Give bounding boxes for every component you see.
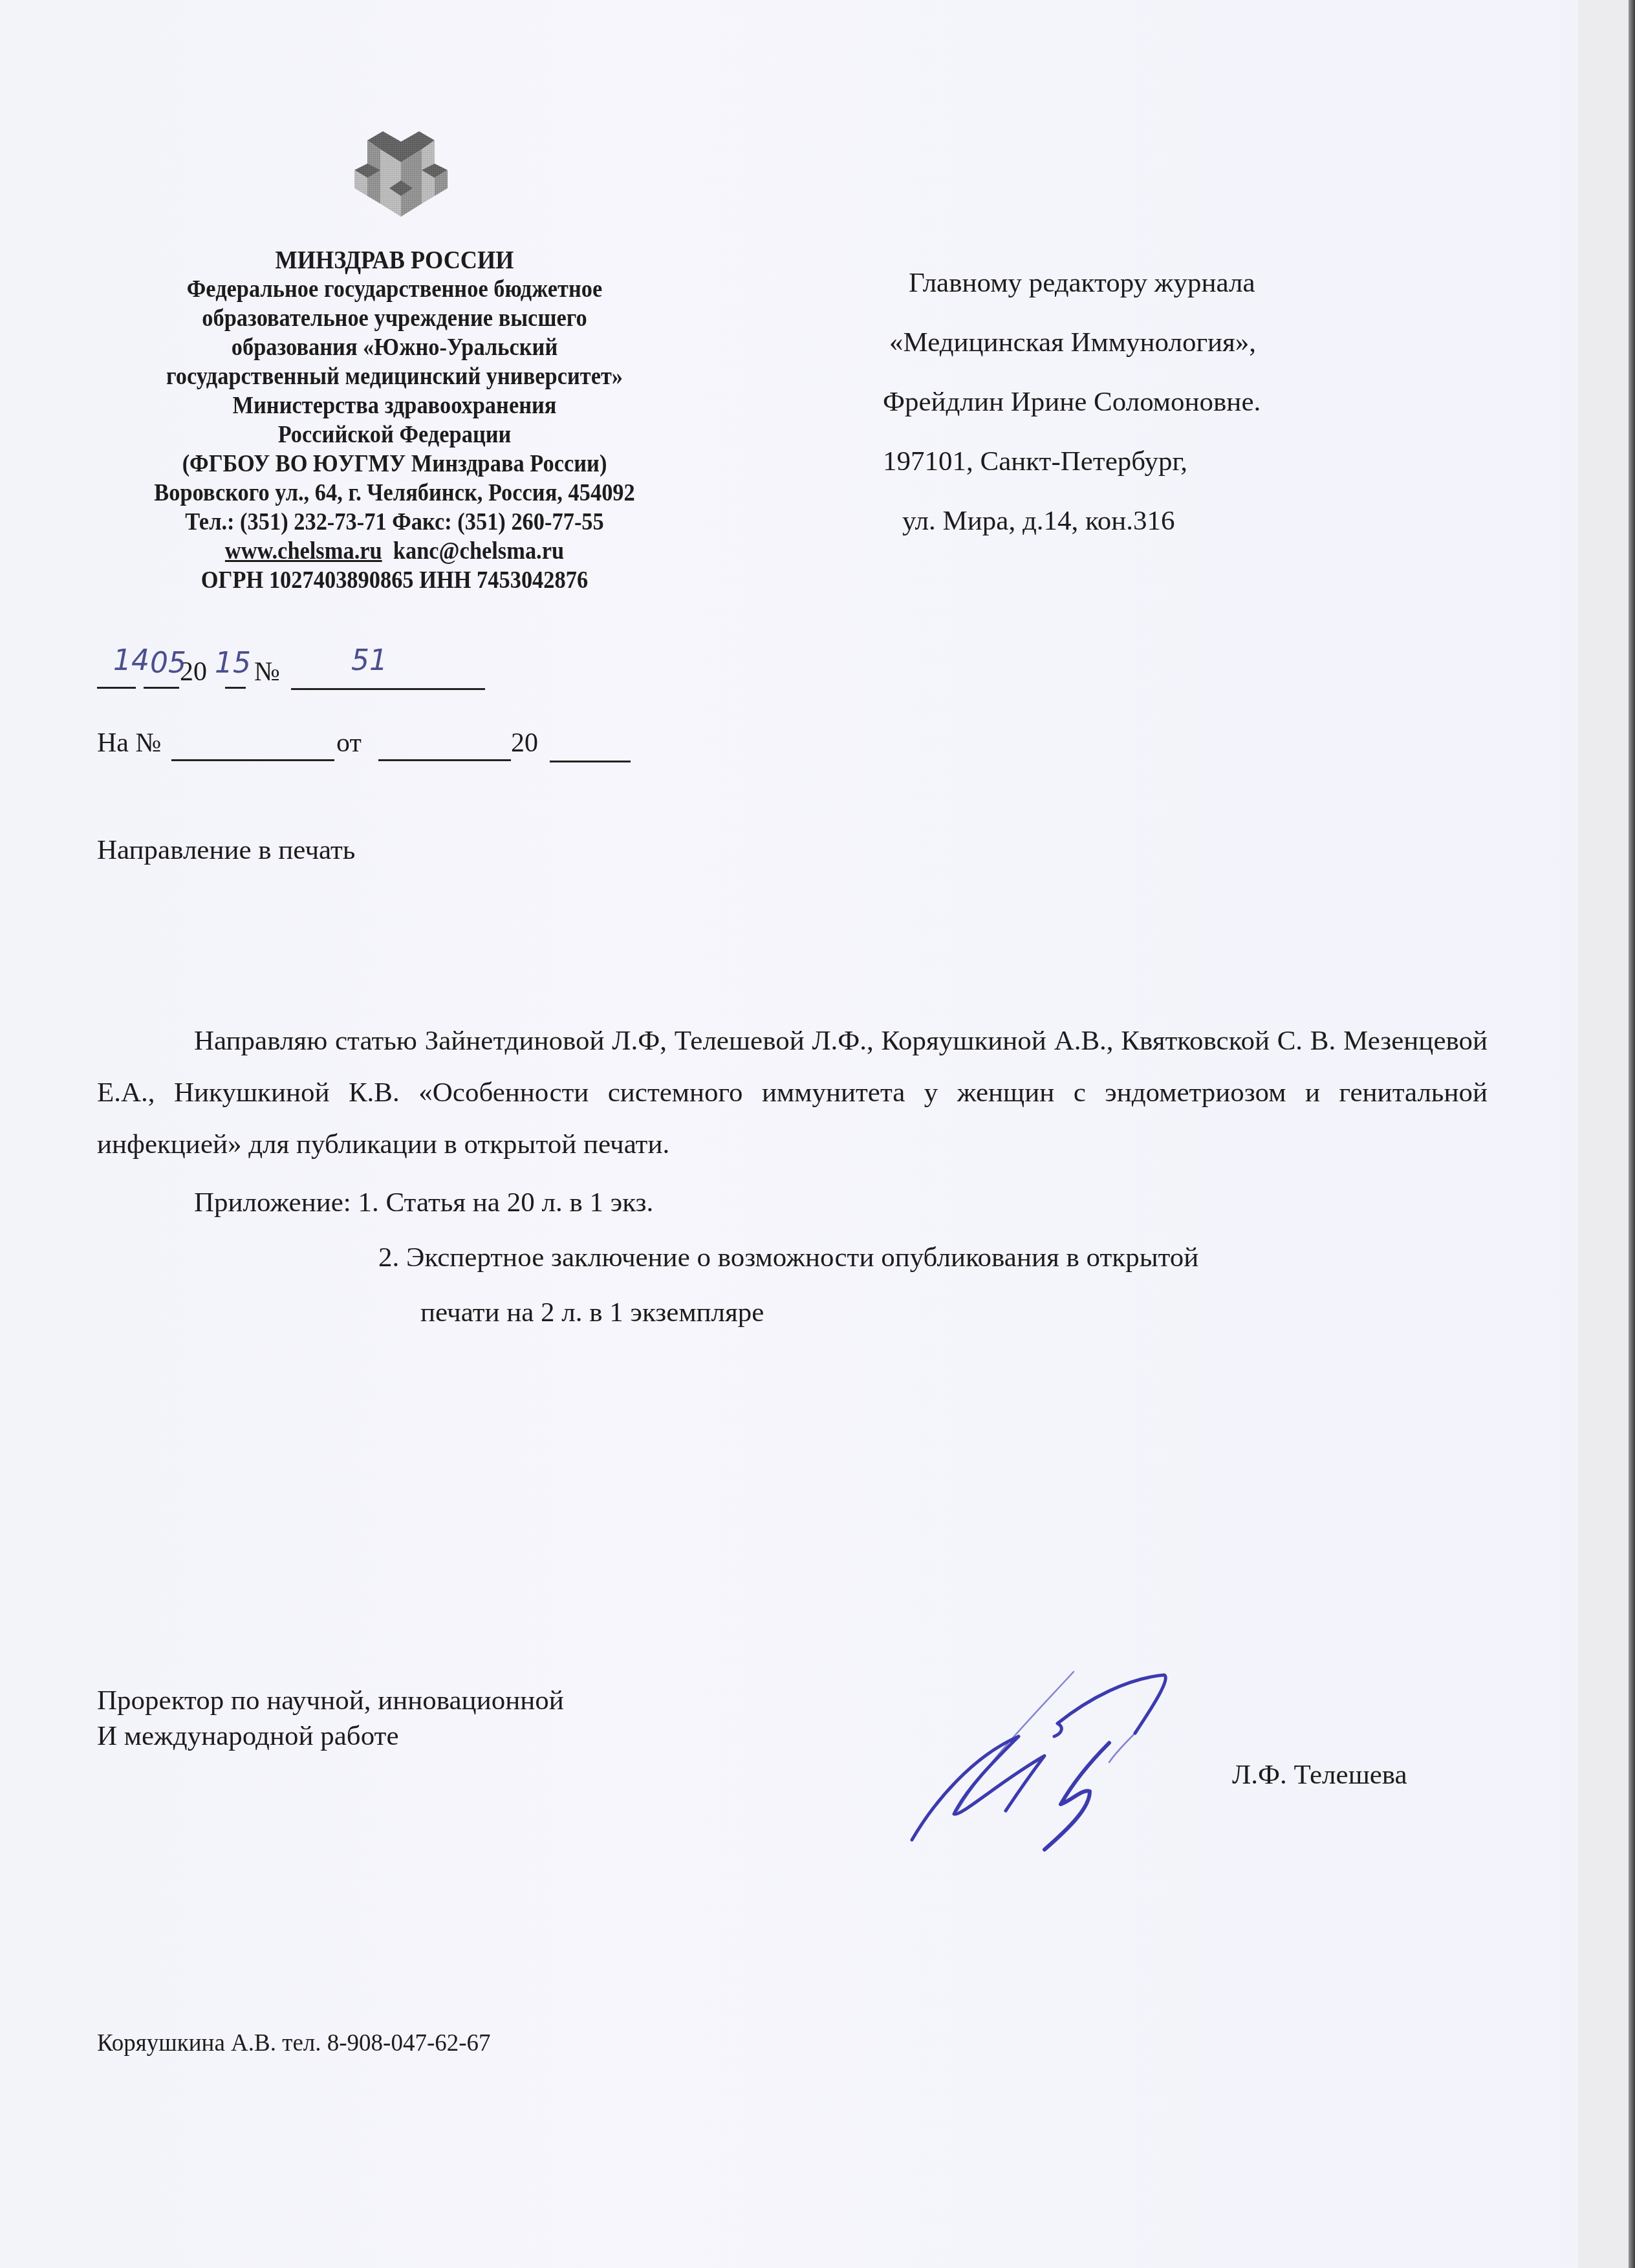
- handwritten-number: 51: [351, 644, 387, 677]
- recipient-line: Фрейдлин Ирине Соломоновне.: [883, 373, 1261, 432]
- attachment-item: 1. Статья на 20 л. в 1 экз.: [358, 1187, 654, 1218]
- institution-line: Федеральное государственное бюджетное: [106, 275, 684, 304]
- scanner-edge: [1629, 0, 1635, 2268]
- handwritten-month: 05: [150, 647, 186, 680]
- reference-prefix: На №: [97, 728, 162, 759]
- subject-line: Направление в печать: [97, 834, 355, 866]
- handwritten-signature-icon: [896, 1665, 1200, 1859]
- contact-person: Коряушкина А.В. тел. 8-908-047-62-67: [97, 2029, 491, 2057]
- body-paragraph: Направляю статью Зайнетдиновой Л.Ф, Теле…: [97, 1015, 1488, 1171]
- institution-line: образовательное учреждение высшего: [106, 304, 684, 333]
- attachment-label: Приложение:: [194, 1187, 351, 1218]
- recipient-line: ул. Мира, д.14, кон.316: [889, 491, 1261, 551]
- signatory-name: Л.Ф. Телешева: [1232, 1759, 1407, 1791]
- signatory-position: И международной работе: [97, 1720, 398, 1752]
- recipient-block: Главному редактору журнала «Медицинская …: [889, 254, 1261, 551]
- institution-abbrev: (ФГБОУ ВО ЮУГМУ Минздрава России): [106, 449, 684, 479]
- letterhead: МИНЗДРАВ РОССИИ Федеральное государствен…: [106, 246, 684, 595]
- recipient-line: «Медицинская Иммунология»,: [889, 313, 1261, 373]
- reference-row: На № от 20: [97, 724, 647, 770]
- institution-line: образования «Южно-Уральский: [106, 333, 684, 362]
- signatory-position: Проректор по научной, инновационной: [97, 1685, 564, 1716]
- attachment-item-continued: печати на 2 л. в 1 экземпляре: [420, 1297, 764, 1328]
- scanner-margin: [1578, 0, 1630, 2268]
- attachment-line: Приложение: 1. Статья на 20 л. в 1 экз.: [194, 1187, 653, 1218]
- recipient-line: 197101, Санкт-Петербург,: [883, 432, 1261, 491]
- phone-fax: Тел.: (351) 232-73-71 Факс: (351) 260-77…: [106, 508, 684, 537]
- ministry-title: МИНЗДРАВ РОССИИ: [106, 246, 684, 275]
- attachment-item: 2. Экспертное заключение о возможности о…: [378, 1242, 1198, 1273]
- web-email-line: www.chelsma.ru kanc@chelsma.ru: [106, 537, 684, 566]
- institution-line: государственный медицинский университет»: [106, 362, 684, 391]
- outgoing-date-number: 20 № 14 05 15 51: [97, 653, 614, 698]
- handwritten-day: 14: [113, 644, 149, 677]
- university-emblem-icon: [349, 126, 453, 223]
- reference-year-prefix: 20: [511, 728, 538, 759]
- institution-line: Министерства здравоохранения: [106, 391, 684, 420]
- number-sign: №: [254, 656, 280, 687]
- institution-line: Российской Федерации: [106, 420, 684, 449]
- postal-address: Воровского ул., 64, г. Челябинск, Россия…: [106, 479, 684, 508]
- reference-from: от: [336, 728, 362, 759]
- registry-numbers: ОГРН 1027403890865 ИНН 7453042876: [106, 566, 684, 595]
- website-link[interactable]: www.chelsma.ru: [225, 538, 382, 565]
- recipient-line: Главному редактору журнала: [889, 254, 1261, 313]
- email-link[interactable]: kanc@chelsma.ru: [393, 538, 564, 565]
- handwritten-year: 15: [215, 647, 251, 680]
